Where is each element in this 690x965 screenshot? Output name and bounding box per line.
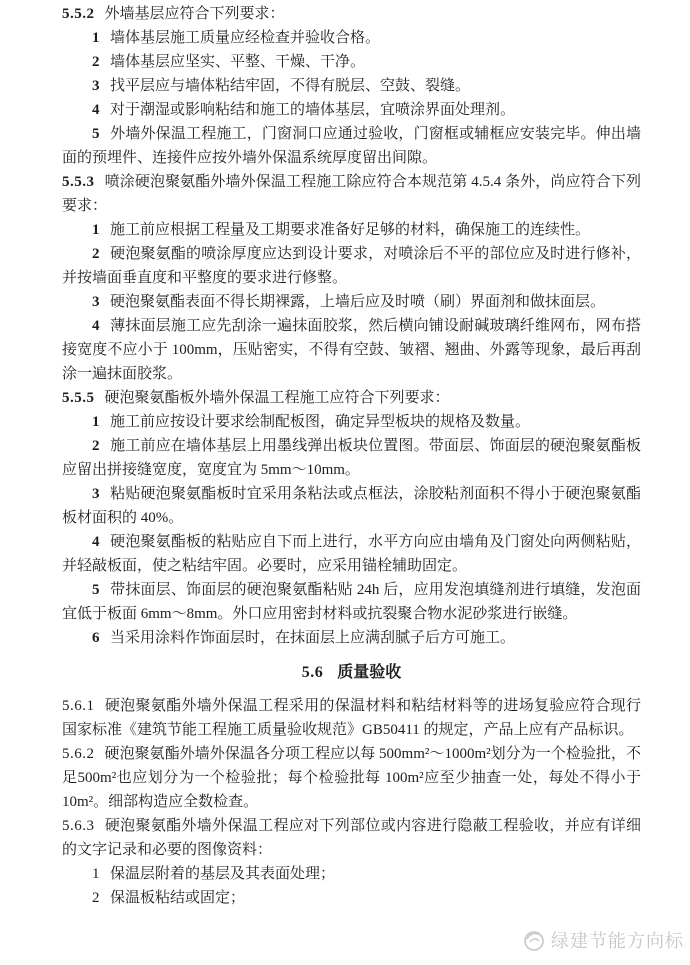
clause-number: 5.5.5	[62, 390, 105, 406]
paragraph-text: 外墙基层应符合下列要求：	[105, 6, 285, 22]
item-number: 2	[92, 54, 110, 70]
list-item: 5外墙外保温工程施工，门窗洞口应通过验收，门窗框或辅框应安装完毕。伸出墙面的预埋…	[62, 122, 641, 170]
paragraph-text: 硬泡聚氨酯外墙外保温工程采用的保温材料和粘结材料等的进场复验应符合现行国家标准《…	[62, 698, 641, 738]
watermark-text: 绿建节能方向标	[551, 927, 684, 953]
clause-paragraph: 5.5.5硬泡聚氨酯板外墙外保温工程施工应符合下列要求：	[62, 386, 641, 410]
paragraph-text: 粘贴硬泡聚氨酯板时宜采用条粘法或点框法，涂胶粘剂面积不得小于硬泡聚氨酯板材面积的…	[62, 486, 641, 526]
list-item: 2硬泡聚氨酯的喷涂厚度应达到设计要求，对喷涂后不平的部位应及时进行修补，并按墙面…	[62, 242, 641, 290]
list-item: 1施工前应按设计要求绘制配板图，确定异型板块的规格及数量。	[62, 410, 641, 434]
clause-paragraph: 5.6.2硬泡聚氨酯外墙外保温各分项工程应以每 500mm²～1000m²划分为…	[62, 742, 641, 814]
list-item: 1保温层附着的基层及其表面处理；	[62, 862, 641, 886]
paragraph-text: 带抹面层、饰面层的硬泡聚氨酯粘贴 24h 后，应用发泡填缝剂进行填缝，发泡面宜低…	[62, 582, 641, 622]
paragraph-text: 保温板粘结或固定；	[110, 890, 245, 906]
paragraph-text: 保温层附着的基层及其表面处理；	[110, 866, 335, 882]
paragraph-text: 当采用涂料作饰面层时，在抹面层上应满刮腻子后方可施工。	[110, 630, 515, 646]
list-item: 4硬泡聚氨酯板的粘贴应自下而上进行，水平方向应由墙角及门窗处向两侧粘贴，并轻敲板…	[62, 530, 641, 578]
item-number: 4	[92, 102, 110, 118]
item-number: 1	[92, 414, 110, 430]
list-item: 2施工前应在墙体基层上用墨线弹出板块位置图。带面层、饰面层的硬泡聚氨酯板应留出拼…	[62, 434, 641, 482]
paragraph-text: 硬泡聚氨酯板外墙外保温工程施工应符合下列要求：	[105, 390, 450, 406]
clause-number: 5.5.3	[62, 174, 105, 190]
list-item: 4薄抹面层施工应先刮涂一遍抹面胶浆，然后横向铺设耐碱玻璃纤维网布，网布搭接宽度不…	[62, 314, 641, 386]
list-item: 3粘贴硬泡聚氨酯板时宜采用条粘法或点框法，涂胶粘剂面积不得小于硬泡聚氨酯板材面积…	[62, 482, 641, 530]
clause-number: 5.6	[302, 664, 338, 681]
document-body: 5.5.2外墙基层应符合下列要求：1墙体基层施工质量应经检查并验收合格。2墙体基…	[62, 2, 641, 910]
item-number: 1	[92, 866, 110, 882]
list-item: 2墙体基层应坚实、平整、干燥、干净。	[62, 50, 641, 74]
watermark: 绿建节能方向标	[521, 927, 684, 953]
paragraph-text: 施工前应根据工程量及工期要求准备好足够的材料，确保施工的连续性。	[110, 222, 590, 238]
list-item: 5带抹面层、饰面层的硬泡聚氨酯粘贴 24h 后，应用发泡填缝剂进行填缝，发泡面宜…	[62, 578, 641, 626]
paragraph-text: 喷涂硬泡聚氨酯外墙外保温工程施工除应符合本规范第 4.5.4 条外，尚应符合下列…	[62, 174, 641, 214]
clause-paragraph: 5.5.3喷涂硬泡聚氨酯外墙外保温工程施工除应符合本规范第 4.5.4 条外，尚…	[62, 170, 641, 218]
item-number: 2	[92, 438, 110, 454]
paragraph-text: 对于潮湿或影响粘结和施工的墙体基层，宜喷涂界面处理剂。	[110, 102, 515, 118]
paragraph-text: 施工前应按设计要求绘制配板图，确定异型板块的规格及数量。	[110, 414, 530, 430]
item-number: 5	[92, 126, 110, 142]
paragraph-text: 外墙外保温工程施工，门窗洞口应通过验收，门窗框或辅框应安装完毕。伸出墙面的预埋件…	[62, 126, 641, 166]
paragraph-text: 墙体基层施工质量应经检查并验收合格。	[110, 30, 380, 46]
list-item: 4对于潮湿或影响粘结和施工的墙体基层，宜喷涂界面处理剂。	[62, 98, 641, 122]
paragraph-text: 硬泡聚氨酯板的粘贴应自下而上进行，水平方向应由墙角及门窗处向两侧粘贴，并轻敲板面…	[62, 534, 641, 574]
clause-paragraph: 5.6.1硬泡聚氨酯外墙外保温工程采用的保温材料和粘结材料等的进场复验应符合现行…	[62, 694, 641, 742]
list-item: 2保温板粘结或固定；	[62, 886, 641, 910]
clause-paragraph: 5.6.3硬泡聚氨酯外墙外保温工程应对下列部位或内容进行隐蔽工程验收，并应有详细…	[62, 814, 641, 862]
list-item: 3找平层应与墙体粘结牢固，不得有脱层、空鼓、裂缝。	[62, 74, 641, 98]
item-number: 1	[92, 222, 110, 238]
section-heading: 5.6质量验收	[62, 661, 641, 685]
clause-number: 5.5.2	[62, 6, 105, 22]
watermark-swirl-logo-icon	[521, 927, 547, 953]
item-number: 6	[92, 630, 110, 646]
item-number: 3	[92, 78, 110, 94]
item-number: 5	[92, 582, 110, 598]
item-number: 1	[92, 30, 110, 46]
item-number: 3	[92, 486, 110, 502]
list-item: 3硬泡聚氨酯表面不得长期裸露，上墙后应及时喷（刷）界面剂和做抹面层。	[62, 290, 641, 314]
paragraph-text: 硬泡聚氨酯的喷涂厚度应达到设计要求，对喷涂后不平的部位应及时进行修补，并按墙面垂…	[62, 246, 641, 286]
item-number: 4	[92, 318, 110, 334]
paragraph-text: 薄抹面层施工应先刮涂一遍抹面胶浆，然后横向铺设耐碱玻璃纤维网布，网布搭接宽度不应…	[62, 318, 641, 382]
item-number: 3	[92, 294, 110, 310]
item-number: 2	[92, 890, 110, 906]
paragraph-text: 施工前应在墙体基层上用墨线弹出板块位置图。带面层、饰面层的硬泡聚氨酯板应留出拼接…	[62, 438, 641, 478]
list-item: 6当采用涂料作饰面层时，在抹面层上应满刮腻子后方可施工。	[62, 626, 641, 650]
clause-number: 5.6.2	[62, 746, 105, 762]
paragraph-text: 墙体基层应坚实、平整、干燥、干净。	[110, 54, 365, 70]
item-number: 2	[92, 246, 110, 262]
paragraph-text: 找平层应与墙体粘结牢固，不得有脱层、空鼓、裂缝。	[110, 78, 470, 94]
document-page: 5.5.2外墙基层应符合下列要求：1墙体基层施工质量应经检查并验收合格。2墙体基…	[0, 0, 690, 965]
list-item: 1墙体基层施工质量应经检查并验收合格。	[62, 26, 641, 50]
clause-number: 5.6.1	[62, 698, 105, 714]
list-item: 1施工前应根据工程量及工期要求准备好足够的材料，确保施工的连续性。	[62, 218, 641, 242]
paragraph-text: 硬泡聚氨酯表面不得长期裸露，上墙后应及时喷（刷）界面剂和做抹面层。	[110, 294, 605, 310]
clause-paragraph: 5.5.2外墙基层应符合下列要求：	[62, 2, 641, 26]
item-number: 4	[92, 534, 110, 550]
paragraph-text: 硬泡聚氨酯外墙外保温工程应对下列部位或内容进行隐蔽工程验收，并应有详细的文字记录…	[62, 818, 641, 858]
paragraph-text: 硬泡聚氨酯外墙外保温各分项工程应以每 500mm²～1000m²划分为一个检验批…	[62, 746, 641, 810]
clause-number: 5.6.3	[62, 818, 105, 834]
paragraph-text: 质量验收	[337, 664, 401, 681]
